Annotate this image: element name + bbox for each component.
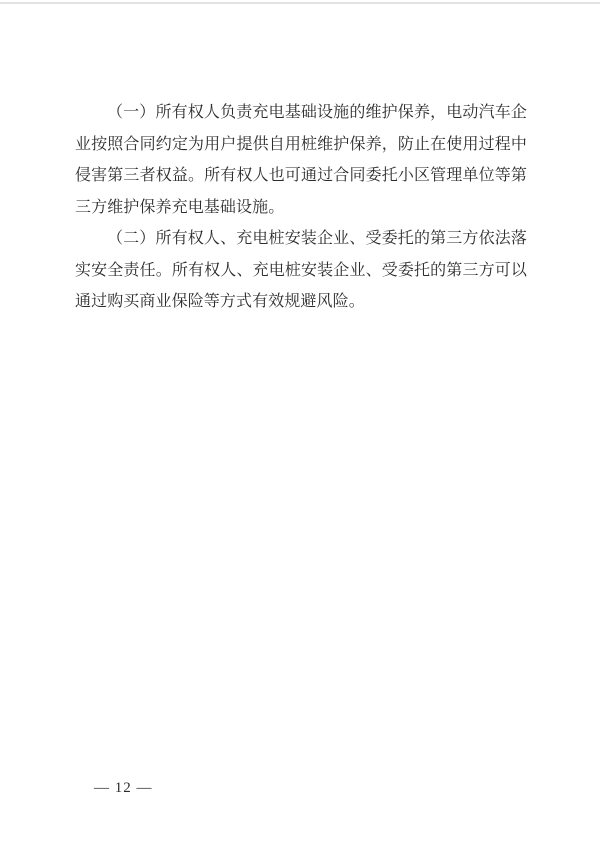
paragraph-1: （一）所有权人负责充电基础设施的维护保养，电动汽车企业按照合同约定为用户提供自用… <box>75 97 527 223</box>
page-footer: — 12 — <box>75 758 153 818</box>
document-body: （一）所有权人负责充电基础设施的维护保养，电动汽车企业按照合同约定为用户提供自用… <box>75 97 527 318</box>
paragraph-2: （二）所有权人、充电桩安装企业、受委托的第三方依法落实安全责任。所有权人、充电桩… <box>75 223 527 318</box>
page-number: — 12 — <box>94 780 153 796</box>
page-top-rule <box>0 2 600 4</box>
document-page: （一）所有权人负责充电基础设施的维护保养，电动汽车企业按照合同约定为用户提供自用… <box>0 0 600 848</box>
